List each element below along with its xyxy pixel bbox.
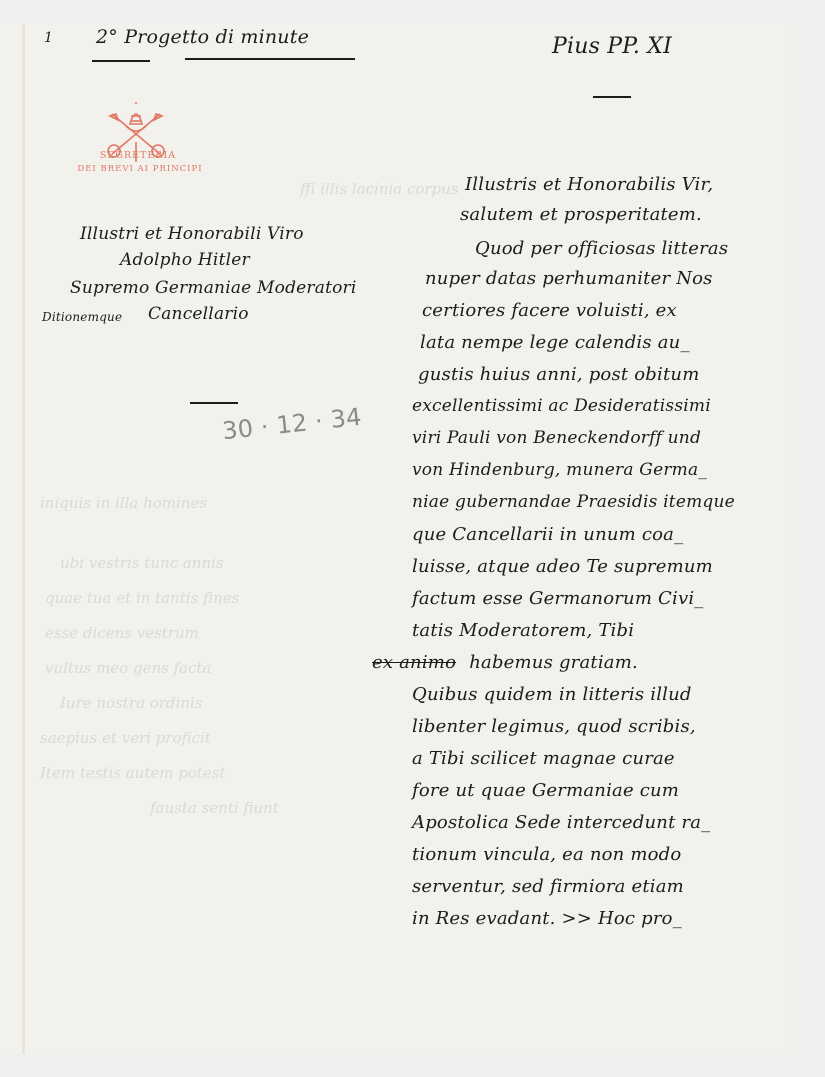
letterhead-line2: DEI BREVI AI PRINCIPI [60,164,220,174]
document-page: 1 2° Progetto di minute Pius PP. XI SEGR… [0,24,790,1054]
body-line: Apostolica Sede intercedunt ra_ [412,812,710,833]
address-line: Illustri et Honorabili Viro [80,224,304,244]
pencil-date: 30 · 12 · 34 [221,403,363,445]
body-line: niae gubernandae Praesidis itemque [412,492,735,512]
body-line: von Hindenburg, munera Germa_ [412,460,707,480]
underline [185,58,355,60]
body-line: Quod per officiosas litteras [475,238,728,259]
body-line: tatis Moderatorem, Tibi [412,620,634,641]
heading-rule [593,96,631,98]
body-line: fore ut quae Germaniae cum [412,780,679,801]
draft-note: 2° Progetto di minute [96,26,309,48]
letterhead-line1: SEGRETERIA [98,150,178,161]
body-line: que Cancellarii in unum coa_ [412,524,683,545]
address-line: Cancellario [148,304,249,324]
salutation-line: Illustris et Honorabilis Vir, [465,174,713,195]
body-line: serventur, sed firmiora etiam [412,876,684,897]
body-line: lata nempe lege calendis au_ [420,332,690,353]
address-line: Adolpho Hitler [120,250,250,270]
page-number: 1 [44,30,53,46]
body-line: tionum vincula, ea non modo [412,844,681,865]
struck-text: ex animo [372,652,456,673]
body-line: luisse, atque adeo Te supremum [412,556,713,577]
body-line: viri Pauli von Beneckendorff und [412,428,701,448]
body-line: factum esse Germanorum Civi_ [412,588,704,609]
address-line: Supremo Germaniae Moderatori [70,278,357,298]
body-line: certiores facere voluisti, ex [422,300,677,321]
body-line: nuper datas perhumaniter Nos [425,268,713,289]
corrected-line: ex animo habemus gratiam. [372,652,638,673]
body-line: in Res evadant. >> Hoc pro_ [412,908,682,929]
margin-insertion: Ditionemque [42,310,122,324]
salutation-line: salutem et prosperitatem. [460,204,702,225]
body-line: gustis huius anni, post obitum [418,364,699,385]
body-line: a Tibi scilicet magnae curae [412,748,675,769]
underline [92,60,150,62]
address-rule [190,402,238,404]
body-line: Quibus quidem in litteris illud [412,684,692,705]
pope-heading: Pius PP. XI [552,34,672,59]
page-margin-line [22,24,25,1054]
body-line: libenter legimus, quod scribis, [412,716,696,737]
body-line: excellentissimi ac Desideratissimi [412,396,711,416]
